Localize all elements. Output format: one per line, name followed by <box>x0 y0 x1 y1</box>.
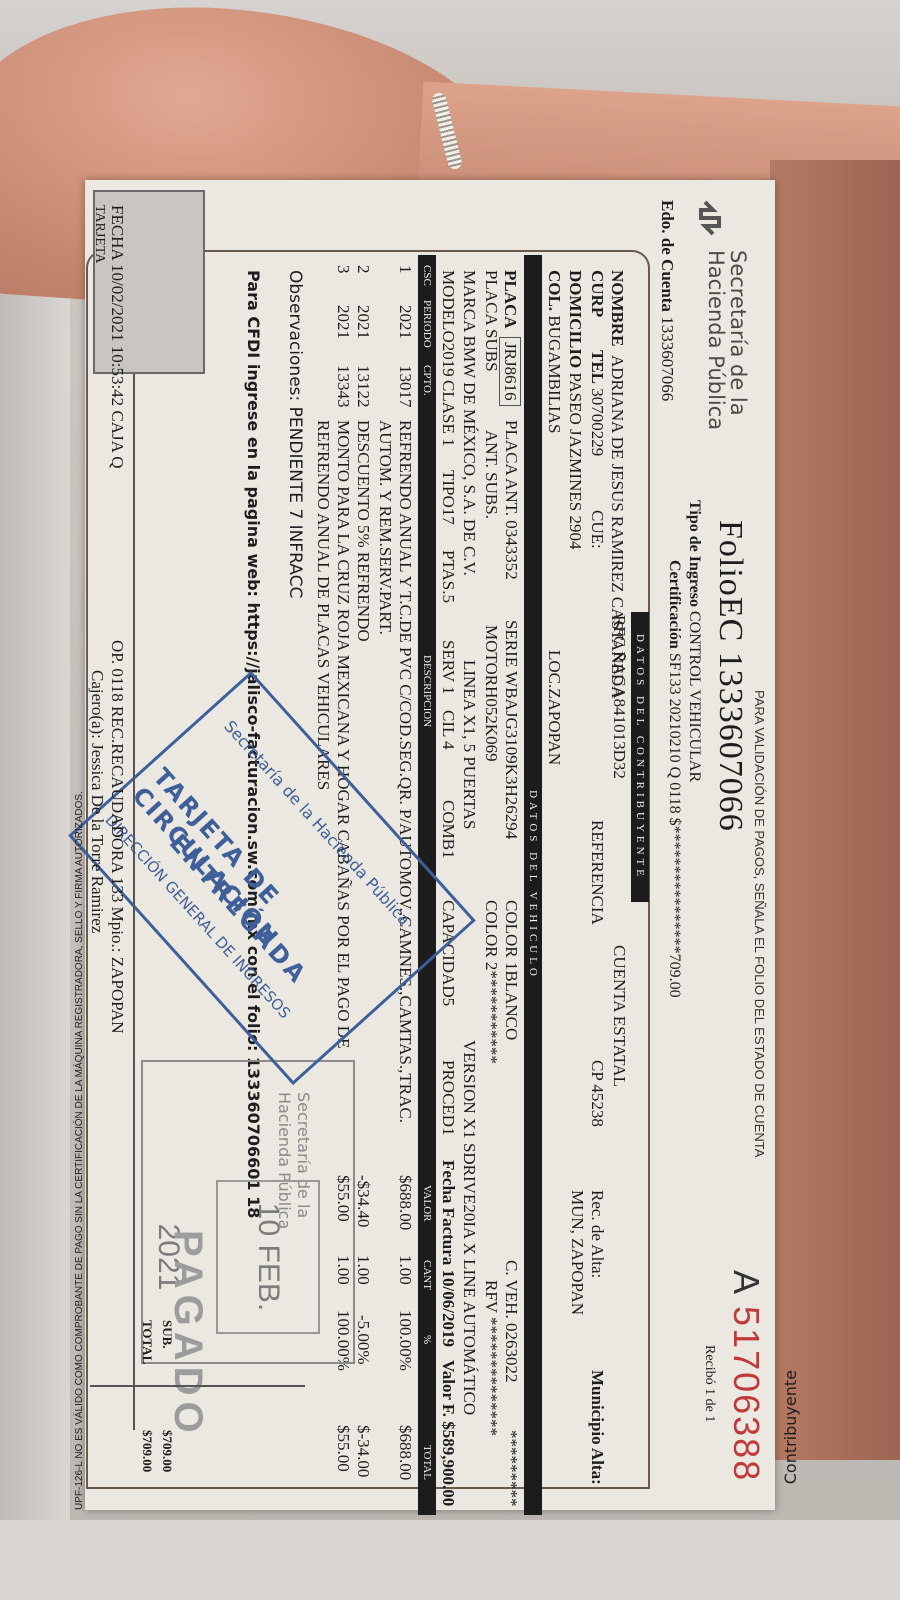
section-contribuyente: DATOS DEL CONTRIBUYENTE <box>631 612 649 902</box>
contribuyente-tag: Contribuyente <box>781 1370 800 1484</box>
date-stamp: 10 FEB. 2021 <box>216 1180 320 1334</box>
fecha-caja: FECHA 10/02/2021 10:53:42 CAJA Q <box>107 205 127 469</box>
combustible: COMB1 <box>438 800 458 859</box>
disclaimer: UPF-126-L NO ES VÁLIDO COMO COMPROBANTE … <box>74 210 85 1510</box>
servicio: SERV 1 <box>438 640 458 695</box>
cilindros: CIL 4 <box>438 710 458 750</box>
total-value: $709.00 <box>139 1430 155 1472</box>
observaciones: Observaciones: PENDIENTE 7 INFRACC <box>285 270 305 598</box>
validation-note: PARA VALIDACIÓN DE PAGOS, SEÑALA EL FOLI… <box>752 690 767 1157</box>
clave-vehicular: C. VEH. 0263022 <box>501 1260 521 1382</box>
photo-background-left <box>0 200 70 1550</box>
rfv: RFV ************** <box>481 1280 501 1436</box>
subtotal-label: SUB. <box>159 1320 175 1349</box>
modelo: MODELO2019 <box>438 270 458 377</box>
nombre: NOMBRE ADRIANA DE JESUS RAMIREZ CASTAÑED… <box>607 270 627 698</box>
photo-background-bottom <box>0 1520 900 1600</box>
valor-factura: Valor F. $589,900.00 <box>438 1360 458 1506</box>
operacion: OP. 0118 REC.RECAUDADORA 133 Mpio.: ZAPO… <box>107 640 127 1034</box>
cue: CUE: <box>587 510 607 549</box>
footer-divider <box>133 250 135 1430</box>
rec-alta: Rec. de Alta: <box>587 1190 607 1278</box>
cajero: Cajero(a): Jessica De la Torre Ramirez <box>87 670 107 933</box>
linea: LINEA X1, 5 PUERTAS <box>459 660 479 830</box>
edo-cuenta: Edo. de Cuenta 1333607066 <box>657 200 677 401</box>
serial-number: A 51706388 <box>725 1270 767 1482</box>
placa-subs: PLACA SUBS <box>481 270 501 372</box>
tipo-ingreso: Tipo de Ingreso CONTROL VEHICULAR <box>685 500 703 782</box>
totals-divider <box>90 1385 305 1387</box>
marca: MARCA BMW DE MÉXICO, S.A. DE C.V. <box>459 270 479 576</box>
motor: MOTORH052K069 <box>481 625 501 762</box>
ant-subs: ANT. SUBS. <box>481 430 501 519</box>
tel: TEL 30700229 <box>587 350 607 456</box>
certificacion: Certificación SF133 20210210 Q 0118 $***… <box>665 560 683 998</box>
rec-alta-value: MUN, ZAPOPAN <box>567 1190 587 1315</box>
curp: CURP <box>587 270 607 317</box>
localidad: LOC.ZAPOPAN <box>544 650 564 765</box>
agency-name: Secretaría de laHacienda Pública <box>705 250 749 430</box>
clave-mask: ********* <box>501 1430 521 1507</box>
color-2: COLOR 2*********** <box>481 900 501 1064</box>
puertas: PTAS.5 <box>438 550 458 603</box>
colonia: COL. BUGAMBILIAS <box>544 270 564 433</box>
version: VERSION X1 SDRIVE20IA X LINE AUTOMÁTICO <box>459 1040 479 1415</box>
fingers <box>770 160 900 1460</box>
folio-ec: FolioEC 1333607066 <box>711 520 749 832</box>
procedencia: PROCED1 <box>438 1060 458 1136</box>
section-vehiculo: DATOS DEL VEHICULO <box>524 255 542 1515</box>
recibo-count: Recibó 1 de 1 <box>701 1345 717 1422</box>
clase: CLASE 1 <box>438 380 458 447</box>
municipio-alta: Municipio Alta: <box>587 1370 607 1485</box>
placa: PLACA JRJ8616 <box>499 270 521 406</box>
referencia: REFERENCIA <box>587 820 607 925</box>
tipo: TIPO17 <box>438 470 458 525</box>
placa-ant: PLACA ANT. 0343352 <box>501 420 521 580</box>
cp: CP 45238 <box>587 1060 607 1127</box>
cuenta-estatal: CUENTA ESTATAL <box>609 945 629 1087</box>
fecha-factura: Fecha Factura 10/06/2019 <box>438 1160 458 1347</box>
tarjeta-label: TARJETA <box>91 205 107 263</box>
subtotal-value: $709.00 <box>159 1430 175 1472</box>
domicilio: DOMICILIO PASEO JAZMINES 2904 <box>565 270 585 549</box>
serie: SERIE WBAJG3109K3H26294 <box>501 620 521 839</box>
payment-receipt: Contribuyente Secretaría de laHacienda P… <box>85 180 775 1510</box>
total-label: TOTAL <box>139 1320 155 1364</box>
color-1: COLOR 1BLANCO <box>501 900 521 1040</box>
agency-logo-icon <box>695 198 735 238</box>
